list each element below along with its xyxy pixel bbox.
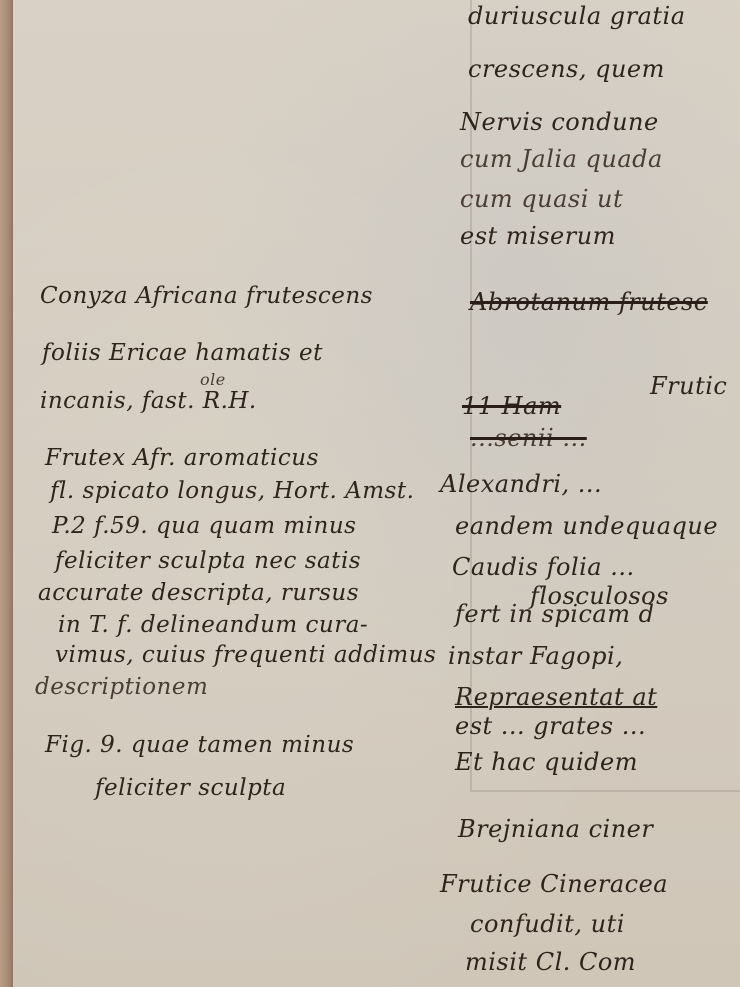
text-line: Et hac quidem <box>455 748 638 776</box>
text-line: est ... grates ... <box>455 712 646 740</box>
text-line: Repraesentat at <box>455 683 657 711</box>
text-line: accurate descripta, rursus <box>38 580 359 606</box>
struck-text-line: Abrotanum frutesc <box>470 288 708 316</box>
text-line: in T. f. delineandum cura- <box>58 612 368 638</box>
text-line: Fig. 9. quae tamen minus <box>45 732 354 758</box>
text-line: P.2 f.59. qua quam minus <box>52 513 357 539</box>
interlinear-insertion: ole <box>200 370 226 389</box>
text-line: instar Fagopi, <box>448 642 623 670</box>
plate-mark-horizontal <box>470 790 740 792</box>
text-line: fert in spicam d <box>455 600 654 628</box>
text-line: incanis, fast. R.H. <box>40 388 257 414</box>
text-line: confudit, uti <box>470 910 625 938</box>
text-line: foliis Ericae hamatis et <box>42 340 323 366</box>
text-line: Frutic <box>650 372 727 400</box>
text-line: Frutex Afr. aromaticus <box>45 445 319 471</box>
text-line: est miserum <box>460 222 616 250</box>
text-line: fl. spicato longus, Hort. Amst. <box>50 478 414 504</box>
text-line: crescens, quem <box>468 55 665 83</box>
binding-edge <box>0 0 13 987</box>
struck-text-line: ...senii ... <box>470 424 587 452</box>
text-line: cum quasi ut <box>460 185 623 213</box>
text-line: feliciter sculpta <box>95 775 286 801</box>
text-line: Conyza Africana frutescens <box>40 283 373 309</box>
text-line: duriuscula gratia <box>468 2 686 30</box>
text-line: feliciter sculpta nec satis <box>55 548 361 574</box>
text-line: eandem undequaque <box>455 512 718 540</box>
struck-text-line: 11 Ham <box>462 392 561 420</box>
text-line: descriptionem <box>35 674 208 700</box>
text-line: vimus, cuius frequenti addimus <box>55 642 436 668</box>
text-line: Nervis condune <box>460 108 659 136</box>
text-line: Alexandri, ... <box>440 470 602 498</box>
text-line: misit Cl. Com <box>465 948 636 976</box>
text-line: Caudis folia ... <box>452 553 635 581</box>
text-line: Frutice Cineracea <box>440 870 668 898</box>
text-line: cum Jalia quada <box>460 145 663 173</box>
text-line: Brejniana ciner <box>458 815 653 843</box>
